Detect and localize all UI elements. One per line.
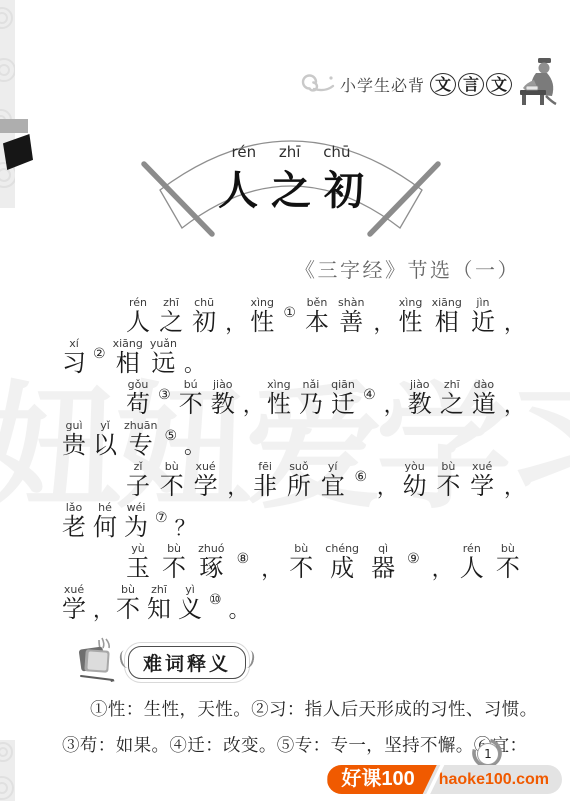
text-line: xué学，bù不zhī知yì义⑩。 — [62, 582, 520, 623]
punctuation: ， — [432, 557, 448, 582]
syllable: shàn善 — [338, 295, 364, 336]
syllable: běn本 — [305, 295, 329, 336]
lesson-title: 人之初 — [130, 159, 452, 216]
hanzi: 远 — [151, 350, 175, 377]
book-page: 小学生必背 文言文 rén zhī chū 人之初 《三字经》节选 — [0, 0, 570, 801]
syllable: bù不 — [160, 459, 184, 500]
glossary-line: ①性：生性，天性。②习：指人后天形成的习性、习惯。 — [62, 692, 520, 728]
cloud-icon — [300, 69, 336, 99]
note-ref: ② — [93, 346, 106, 362]
hanzi: 义 — [178, 596, 202, 623]
hanzi: 贵 — [62, 432, 86, 459]
syllable: xí习 — [62, 336, 86, 377]
text-line: lǎo老hé何wéi为⑦？ — [62, 500, 520, 541]
hanzi: 善 — [339, 309, 363, 336]
note-ref: ⑨ — [407, 551, 420, 567]
hanzi: 道 — [472, 391, 496, 418]
hanzi: 性 — [399, 309, 423, 336]
hanzi: 宜 — [321, 473, 345, 500]
punctuation: ， — [261, 557, 277, 582]
syllable: yǐ以 — [93, 418, 117, 459]
hanzi: 习 — [62, 350, 86, 377]
hanzi: 成 — [330, 555, 354, 582]
hanzi: 不 — [162, 555, 186, 582]
hanzi: 之 — [159, 309, 183, 336]
hanzi: 学 — [62, 596, 86, 623]
badge-char: 文 — [430, 73, 456, 96]
hanzi: 学 — [470, 473, 494, 500]
note-ref: ⑧ — [237, 551, 250, 567]
syllable: yuǎn远 — [150, 336, 177, 377]
hanzi: 不 — [436, 473, 460, 500]
brand-domain: haoke100.com — [437, 765, 562, 794]
punctuation: ， — [243, 393, 259, 418]
note-ref: ⑩ — [209, 592, 222, 608]
hanzi: 不 — [289, 555, 313, 582]
text-line: yù玉bù不zhuó琢⑧，bù不chéng成qì器⑨，rén人bù不 — [62, 541, 520, 582]
syllable: rén人 — [126, 295, 150, 336]
badge-char: 言 — [458, 73, 484, 96]
hanzi: 老 — [62, 514, 86, 541]
punctuation: ， — [377, 475, 393, 500]
hanzi: 子 — [126, 473, 150, 500]
hanzi: 初 — [192, 309, 216, 336]
hanzi: 不 — [160, 473, 184, 500]
punctuation: ， — [93, 598, 109, 623]
note-ref: ⑦ — [155, 510, 168, 526]
punctuation: ， — [504, 475, 520, 500]
text-line: rén人zhī之chū初，xìng性①běn本shàn善，xìng性xiāng相… — [62, 295, 520, 336]
syllable: bù不 — [436, 459, 460, 500]
punctuation: 。 — [229, 598, 245, 623]
syllable: wéi为 — [124, 500, 148, 541]
syllable: xué学 — [470, 459, 494, 500]
note-ref: ⑤ — [164, 428, 177, 444]
punctuation: 。 — [184, 434, 200, 459]
syllable: rén人 — [460, 541, 484, 582]
syllable: xiāng相 — [432, 295, 462, 336]
syllable: zhī之 — [440, 377, 464, 418]
syllable: yí宜 — [321, 459, 345, 500]
glossary-text: ①性：生性，天性。②习：指人后天形成的习性、习惯。③苟：如果。④迁：改变。⑤专：… — [62, 692, 520, 764]
hanzi: 相 — [435, 309, 459, 336]
badge-char: 文 — [486, 73, 512, 96]
syllable: bù不 — [289, 541, 313, 582]
hanzi: 本 — [305, 309, 329, 336]
syllable: chéng成 — [325, 541, 359, 582]
note-ref: ③ — [158, 387, 171, 403]
punctuation: ， — [504, 393, 520, 418]
hanzi: 玉 — [126, 555, 150, 582]
series-badge: 文言文 — [429, 73, 513, 96]
hanzi: 学 — [194, 473, 218, 500]
scholar-icon — [516, 56, 562, 112]
hanzi: 近 — [471, 309, 495, 336]
left-edge-pattern — [0, 0, 15, 208]
syllable: dào道 — [472, 377, 496, 418]
hanzi: 性 — [267, 391, 291, 418]
syllable: zǐ子 — [126, 459, 150, 500]
text-line: xí习②xiāng相yuǎn远。 — [62, 336, 520, 377]
syllable: xìng性 — [250, 295, 274, 336]
hanzi: 教 — [408, 391, 432, 418]
hanzi: 教 — [211, 391, 235, 418]
punctuation: ， — [225, 311, 241, 336]
hanzi: 专 — [129, 432, 153, 459]
syllable: bù不 — [496, 541, 520, 582]
hanzi: 知 — [147, 596, 171, 623]
syllable: zhuó琢 — [198, 541, 224, 582]
punctuation: ？ — [175, 516, 191, 541]
text-line: gǒu苟③bú不jiào教，xìng性nǎi乃qiān迁④，jiào教zhī之d… — [62, 377, 520, 418]
glossary-section-header: 难词释义 — [76, 636, 246, 688]
syllable: jiào教 — [408, 377, 432, 418]
syllable: yì义 — [178, 582, 202, 623]
syllable: xìng性 — [267, 377, 291, 418]
syllable: yòu幼 — [403, 459, 427, 500]
books-icon — [76, 636, 118, 688]
syllable: yù玉 — [126, 541, 150, 582]
text-line: guì贵yǐ以zhuān专⑤。 — [62, 418, 520, 459]
note-ref: ⑥ — [354, 469, 367, 485]
hanzi: 幼 — [403, 473, 427, 500]
title-banner: rén zhī chū 人之初 — [130, 130, 452, 240]
hanzi: 非 — [253, 473, 277, 500]
punctuation: ， — [504, 311, 520, 336]
hanzi: 乃 — [299, 391, 323, 418]
punctuation: ， — [227, 475, 243, 500]
punctuation: 。 — [184, 352, 200, 377]
publisher-logo: 好课100 haoke100.com — [327, 765, 562, 794]
series-header: 小学生必背 文言文 — [300, 56, 566, 112]
syllable: zhuān专 — [124, 418, 157, 459]
syllable: zhī之 — [159, 295, 183, 336]
source-subtitle: 《三字经》节选（一） — [295, 254, 520, 283]
hanzi: 人 — [460, 555, 484, 582]
syllable: suǒ所 — [287, 459, 311, 500]
syllable: hé何 — [93, 500, 117, 541]
hanzi: 人 — [126, 309, 150, 336]
hanzi: 琢 — [199, 555, 223, 582]
syllable: zhī知 — [147, 582, 171, 623]
syllable: jìn近 — [471, 295, 495, 336]
hanzi: 为 — [124, 514, 148, 541]
hanzi: 不 — [179, 391, 203, 418]
hanzi: 何 — [93, 514, 117, 541]
syllable: gǒu苟 — [126, 377, 150, 418]
syllable: lǎo老 — [62, 500, 86, 541]
syllable: bù不 — [116, 582, 140, 623]
glossary-line: ③苟：如果。④迁：改变。⑤专：专一，坚持不懈。⑥宜： — [62, 728, 520, 764]
brand-name: 好课100 — [327, 765, 436, 794]
main-text: rén人zhī之chū初，xìng性①běn本shàn善，xìng性xiāng相… — [62, 295, 520, 623]
hanzi: 所 — [287, 473, 311, 500]
series-title: 小学生必背 — [340, 73, 425, 96]
hanzi: 不 — [496, 555, 520, 582]
syllable: fēi非 — [253, 459, 277, 500]
syllable: bú不 — [179, 377, 203, 418]
syllable: qì器 — [371, 541, 395, 582]
edge-bar — [0, 119, 28, 133]
hanzi: 之 — [440, 391, 464, 418]
glossary-heading: 难词释义 — [143, 653, 231, 675]
syllable: xué学 — [194, 459, 218, 500]
syllable: xué学 — [62, 582, 86, 623]
syllable: jiào教 — [211, 377, 235, 418]
text-line: zǐ子bù不xué学，fēi非suǒ所yí宜⑥，yòu幼bù不xué学， — [62, 459, 520, 500]
syllable: nǎi乃 — [299, 377, 323, 418]
hanzi: 性 — [250, 309, 274, 336]
note-ref: ④ — [363, 387, 376, 403]
punctuation: ， — [384, 393, 400, 418]
note-ref: ① — [283, 305, 296, 321]
hanzi: 不 — [116, 596, 140, 623]
glossary-heading-badge: 难词释义 — [128, 646, 246, 679]
syllable: qiān迁 — [331, 377, 355, 418]
syllable: xiāng相 — [113, 336, 143, 377]
syllable: xìng性 — [399, 295, 423, 336]
syllable: guì贵 — [62, 418, 86, 459]
hanzi: 相 — [116, 350, 140, 377]
hanzi: 器 — [371, 555, 395, 582]
syllable: bù不 — [162, 541, 186, 582]
left-edge-pattern-bottom — [0, 740, 15, 801]
hanzi: 苟 — [126, 391, 150, 418]
punctuation: ， — [373, 311, 389, 336]
page-number: 1 — [477, 743, 499, 765]
hanzi: 以 — [93, 432, 117, 459]
hanzi: 迁 — [331, 391, 355, 418]
syllable: chū初 — [192, 295, 216, 336]
